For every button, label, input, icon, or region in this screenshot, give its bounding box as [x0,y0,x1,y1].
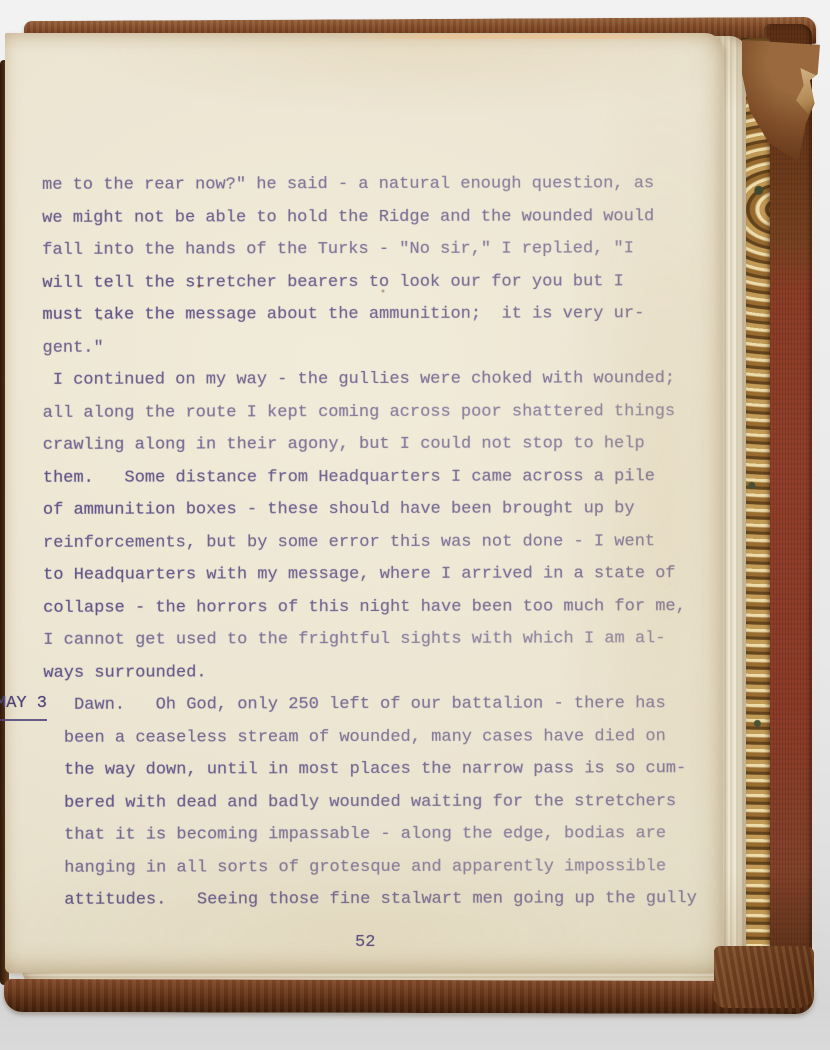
diary-text-block: me to the rear now?" he said - a natural… [42,168,704,917]
typewritten-line: crawling along in their agony, but I cou… [43,428,703,462]
typewritten-line: I cannot get used to the frightful sight… [43,623,703,657]
typewritten-line: we might not be able to hold the Ridge a… [42,201,702,235]
typewritten-line: Dawn. Oh God, only 250 left of our batta… [43,688,703,722]
typewritten-line: fall into the hands of the Turks - "No s… [42,233,702,267]
book-cover-bottom-edge [4,979,814,1014]
typewritten-line: must take the message about the ammuniti… [42,298,702,332]
book-cover-right-edge [764,24,812,1010]
typewritten-line: bered with dead and badly wounded waitin… [44,786,704,820]
typewritten-line: collapse - the horrors of this night hav… [43,591,703,625]
typewritten-line: hanging in all sorts of grotesque and ap… [44,851,704,885]
typewritten-line: I continued on my way - the gullies were… [43,363,703,397]
typewritten-line: reinforcements, but by some error this w… [43,526,703,560]
typewritten-line: gent." [42,331,702,365]
typewritten-line: will tell the stretcher bearers to look … [42,266,702,300]
typewritten-line: of ammunition boxes - these should have … [43,493,703,527]
book-cover-bottom-right-corner [714,946,814,1008]
typewritten-line: been a ceaseless stream of wounded, many… [43,721,703,755]
typewritten-line: them. Some distance from Headquarters I … [43,461,703,495]
typewritten-line: ways surrounded. [43,656,703,690]
page-number: 52 [355,927,375,959]
typewritten-line: the way down, until in most places the n… [44,753,704,787]
typewritten-line: that it is becoming impassable - along t… [44,818,704,852]
typewritten-line: all along the route I kept coming across… [43,396,703,430]
margin-date-label: MAY 3 [0,689,47,721]
typewritten-line: attitudes. Seeing those fine stalwart me… [44,883,704,917]
diary-page: MAY 3 me to the rear now?" he said - a n… [5,33,723,973]
typewritten-line: to Headquarters with my message, where I… [43,558,703,592]
photo-background: MAY 3 me to the rear now?" he said - a n… [0,0,830,1050]
marbled-page-edges [742,38,770,990]
typewritten-line: me to the rear now?" he said - a natural… [42,168,702,202]
